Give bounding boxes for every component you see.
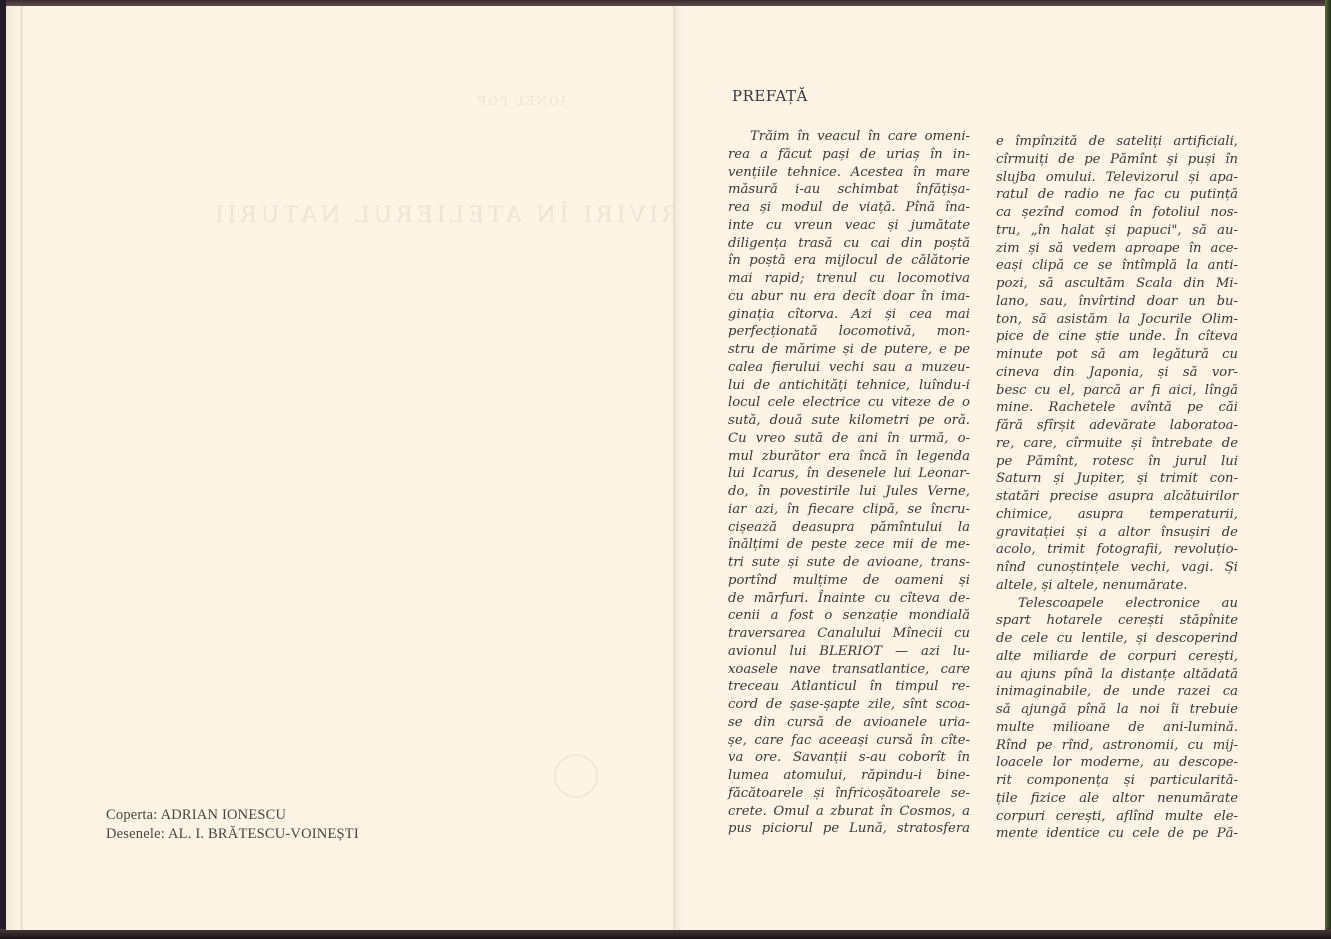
text-line: perfecționată locomotivă, mon- (728, 323, 970, 341)
text-line: mul zburător era încă în legenda (728, 448, 970, 466)
text-line: măsură i-au schimbat înfățișa- (728, 181, 970, 199)
text-line: cișează deasupra pămîntului la (728, 519, 970, 537)
text-line: să ajungă pînă la noi îi trebuie (996, 701, 1238, 719)
text-line: cord de șase-șapte zile, sînt scoa- (728, 696, 970, 714)
text-line: lumea atomului, răpindu-i bine- (728, 767, 970, 785)
text-line: minute pot să am legătură cu (996, 346, 1238, 364)
text-line: gravitației și a altor însușiri de (996, 524, 1238, 542)
text-line: traversarea Canalului Mînecii cu (728, 625, 970, 643)
text-line: Cu vreo sută de ani în urmă, o- (728, 430, 970, 448)
chapter-heading: PREFAȚĂ (732, 87, 808, 105)
show-through-publisher-logo (554, 754, 598, 798)
text-line: multe milioane de ani-lumină. (996, 719, 1238, 737)
text-line: re, care, cîrmuite și întrebate de (996, 435, 1238, 453)
show-through-author: IONEL POP (476, 94, 566, 108)
credit-name: ADRIAN IONESCU (161, 807, 287, 823)
text-line: țile fizice ale altor nenumărate (996, 790, 1238, 808)
text-line: lui Icarus, în desenele lui Leonar- (728, 465, 970, 483)
text-line: loacele lor moderne, au descope- (996, 754, 1238, 772)
text-line: locul cele electrice cu viteze de o (728, 394, 970, 412)
text-line: pus piciorul pe Lună, stratosfera (728, 820, 970, 838)
text-line: xoasele nave transatlantice, care (728, 661, 970, 679)
text-line: cîrmuiți de pe Pămînt și puși în (996, 151, 1238, 169)
text-column-1: Trăim în veacul în care omeni-rea a făcu… (728, 128, 970, 838)
text-line: alte miliarde de corpuri cerești, (996, 648, 1238, 666)
text-line: chimice, asupra temperaturii, (996, 506, 1238, 524)
left-page: IONEL POP PRIVIRI ÎN ATELIERUL NATURII C… (6, 6, 674, 930)
text-line: nînd cunoștințele vechi, vagi. Și (996, 559, 1238, 577)
text-line: șe, care fac aceeași cursă în cîte- (728, 732, 970, 750)
text-line: pe Pămînt, rotesc în jurul lui (996, 453, 1238, 471)
text-line: se din cursă de avioanele uria- (728, 714, 970, 732)
text-line: do, în povestirile lui Jules Verne, (728, 483, 970, 501)
credits-block: Coperta: ADRIAN IONESCU Desenele: AL. I.… (106, 806, 359, 844)
text-line: stru de mărime și de putere, e pe (728, 341, 970, 359)
text-line: besc cu el, parcă ar fi aici, lîngă (996, 382, 1238, 400)
text-line: tru, „în halat și papuci", să au- (996, 222, 1238, 240)
text-line: ginația cîtorva. Azi și cea mai (728, 306, 970, 324)
text-line: avionul lui BLERIOT — azi lu- (728, 643, 970, 661)
text-line: făcătoarele și înfricoșătoarele se- (728, 785, 970, 803)
text-line: Telescoapele electronice au (996, 595, 1238, 613)
text-line: slujba omului. Televizorul și apa- (996, 169, 1238, 187)
text-line: cineva din Japonia, și să vor- (996, 364, 1238, 382)
text-line: portînd mulțime de oameni și (728, 572, 970, 590)
text-line: în poștă era mijlocul de călătorie (728, 252, 970, 270)
show-through-title: PRIVIRI ÎN ATELIERUL NATURII (211, 203, 697, 228)
text-line: inimaginabile, de unde razei ca (996, 683, 1238, 701)
text-line: rit componența și particularită- (996, 772, 1238, 790)
text-line: e împînzită de sateliți artificiali, (996, 133, 1238, 151)
text-line: rea și modul de viață. Pînă îna- (728, 199, 970, 217)
text-line: statări precise asupra alcătuirilor (996, 488, 1238, 506)
text-line: fără sfîrșit adevărate laboratoa- (996, 417, 1238, 435)
text-line: zim și să vedem aproape în ace- (996, 240, 1238, 258)
text-line: rea a făcut pași de uriaș în in- (728, 146, 970, 164)
text-line: diligența trasă cu cai din poștă (728, 235, 970, 253)
text-line: pozi, să ascultăm Scala din Mi- (996, 275, 1238, 293)
text-line: spart hotarele cerești stăpînite (996, 612, 1238, 630)
text-line: va ore. Savanții s-au coborît în (728, 749, 970, 767)
text-column-2: e împînzită de sateliți artificiali,cîrm… (996, 133, 1238, 843)
text-line: de mărfuri. Înainte cu cîteva de- (728, 590, 970, 608)
text-line: Trăim în veacul în care omeni- (728, 128, 970, 146)
text-line: corpuri cerești, aflînd multe ele- (996, 808, 1238, 826)
credit-drawings: Desenele: AL. I. BRĂTESCU-VOINEȘTI (106, 825, 359, 844)
text-line: altele, și altele, nenumărate. (996, 577, 1238, 595)
text-line: mine. Rachetele avîntă pe căi (996, 399, 1238, 417)
text-line: cu abur nu era decît doar în ima- (728, 288, 970, 306)
text-line: vențiile tehnice. Acestea în mare (728, 164, 970, 182)
text-line: inte cu vreun veac și jumătate (728, 217, 970, 235)
credit-label: Desenele: (106, 826, 165, 842)
text-line: cenii a fost o senzație mondială (728, 607, 970, 625)
text-line: au ajuns pînă la distanțe altădată (996, 666, 1238, 684)
text-line: iar azi, în fiecare clipă, se încru- (728, 501, 970, 519)
text-line: ca șezînd comod în fotoliul nos- (996, 204, 1238, 222)
text-line: mai rapid; trenul cu locomotiva (728, 270, 970, 288)
text-line: ton, să asistăm la Jocurile Olim- (996, 311, 1238, 329)
text-line: lui de antichități tehnice, luîndu-i (728, 377, 970, 395)
text-line: de cele cu lentile, și descoperind (996, 630, 1238, 648)
text-line: înălțimi de peste zece mii de me- (728, 536, 970, 554)
text-line: tri sute și sute de avioane, trans- (728, 554, 970, 572)
text-line: mente identice cu cele de pe Pă- (996, 825, 1238, 843)
scan-border-right (1325, 0, 1331, 939)
text-line: eași clipă ce se întîmplă la anti- (996, 257, 1238, 275)
text-line: treceau Atlanticul în timpul re- (728, 678, 970, 696)
credit-cover: Coperta: ADRIAN IONESCU (106, 806, 359, 825)
text-line: calea fierului vechi sau a muzeu- (728, 359, 970, 377)
text-line: lano, sau, învîrtind doar un bu- (996, 293, 1238, 311)
text-line: pice de cine știe unde. În cîteva (996, 328, 1238, 346)
text-line: sută, două sute kilometri pe oră. (728, 412, 970, 430)
text-line: Rînd pe rînd, astronomii, cu mij- (996, 737, 1238, 755)
scan-border-bottom (0, 929, 1331, 939)
text-line: crete. Omul a zburat în Cosmos, a (728, 803, 970, 821)
text-line: acolo, trimit fotografii, revoluțio- (996, 541, 1238, 559)
text-line: ratul de radio ne fac cu putință (996, 186, 1238, 204)
credit-name: AL. I. BRĂTESCU-VOINEȘTI (168, 826, 359, 842)
credit-label: Coperta: (106, 807, 158, 823)
text-line: Saturn și Jupiter, și trimit con- (996, 470, 1238, 488)
